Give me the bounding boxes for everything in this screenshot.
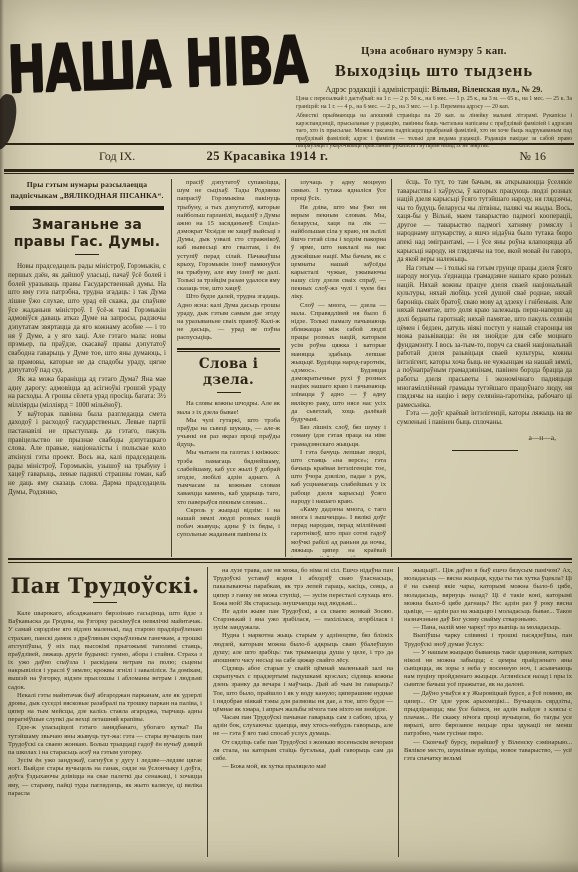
newspaper-page: НАША НІВА Цэна асобнаго нумэру 5 кап. Вы… bbox=[0, 0, 578, 872]
article-paragraph: Мы чулі гутаркі, што трэба праўды на сьв… bbox=[177, 417, 280, 450]
article-paragraph: Кале шырокаго, абсаджанаго бярэзінаю гас… bbox=[8, 610, 202, 692]
article-paragraph: На гэтым — і толькі на гэтым грунце прац… bbox=[397, 265, 572, 411]
frequency-line: Выходзіць што тыдзень bbox=[296, 61, 572, 81]
insert-notice: Пры гэтым нумары разсылаецца падпісчыкам… bbox=[8, 180, 166, 201]
article-paragraph: Не адзін жыве пан Трудоўскі, а са сваею … bbox=[213, 608, 393, 633]
issue-number: № 16 bbox=[520, 149, 546, 164]
subscription-info: Цэна с пересылкай і дастаўкай: на 1 г. —… bbox=[296, 96, 572, 111]
issue-date: 25 Красавіка 1914 г. bbox=[206, 149, 328, 164]
article-paragraph: Некалі гэты майнтачак быў абгароджан пар… bbox=[8, 692, 202, 725]
headline-divider bbox=[217, 392, 241, 393]
article-paragraph: Сідзяць абое старые у сваёй цёмнай мален… bbox=[213, 665, 393, 714]
article-paragraph: На словы кожны шчодры. Але як мала з іх … bbox=[177, 400, 280, 416]
column-1: Пры гэтым нумары разсылаецца падпісчыкам… bbox=[8, 179, 166, 557]
column-2: на лузе трава, але ня можа, бо німа ні с… bbox=[213, 567, 393, 857]
dateline-rule bbox=[4, 169, 574, 174]
article-paragraph: на лузе трава, але ня можа, бо німа ні с… bbox=[213, 567, 393, 608]
article-paragraph: — Божа мой, як хутка праляцело маё bbox=[213, 763, 393, 771]
horizontal-rule bbox=[177, 348, 280, 352]
article-paragraph: Бяз лішніх слоў, бяз шуму і гоману ідзе … bbox=[291, 424, 386, 449]
article-paragraph: — Пана, налій мне чарку! трэ выпіць за м… bbox=[404, 624, 572, 632]
column-1: Пан Трудоўскі. Кале шырокаго, абсаджанаг… bbox=[8, 567, 202, 857]
address-label: Адрэс рэдакціі і адміністраціі: bbox=[326, 85, 430, 94]
headline-divider bbox=[93, 602, 117, 603]
feuilleton-columns: Пан Трудоўскі. Кале шырокаго, абсаджанаг… bbox=[8, 567, 572, 857]
column-rule bbox=[398, 567, 399, 857]
article-paragraph: жыцьцё!.. Ціж даўно я быў ешчэ бязусым п… bbox=[404, 567, 572, 624]
headline-divider bbox=[75, 254, 99, 255]
dateline: Год IX. 25 Красавіка 1914 г. № 16 bbox=[4, 143, 574, 167]
column-rule bbox=[391, 179, 392, 557]
article-paragraph: Скрозь у жыцьці відзім: і на нашай зямлі… bbox=[177, 507, 280, 540]
article-paragraph: Часам пан Трудоўскі пачынае гаварыць сам… bbox=[213, 714, 393, 739]
article-paragraph: Гэта — доўг краёвай інтэлігенціі, каторы… bbox=[397, 410, 572, 427]
headline-slova: Слова і дзела. bbox=[177, 356, 280, 388]
column-4: ёсць. То тут, то там бачым, як аткрываюц… bbox=[397, 179, 572, 557]
column-rule bbox=[171, 179, 172, 557]
article-paragraph: Слоў — многа, — дзела — мала. Справядлів… bbox=[291, 302, 386, 425]
section-divider-rule bbox=[8, 558, 572, 563]
column-2: прасіў дэпутатоў супакоіцца, шум не сьці… bbox=[177, 179, 280, 557]
masthead-infobox: Цэна асобнаго нумэру 5 кап. Выходзіць шт… bbox=[296, 46, 572, 153]
article-paragraph: ёсць. То тут, то там бачым, як аткрываюц… bbox=[397, 179, 572, 265]
volume-label: Год IX. bbox=[99, 149, 135, 164]
column-3: злучаць у адну моцную сямью. І тутака яд… bbox=[291, 179, 386, 557]
article-paragraph: Нудна і маркотна жыць старым у адзіноцтв… bbox=[213, 632, 393, 665]
article-paragraph: прасіў дэпутатоў супакоіцца, шум не сьці… bbox=[177, 179, 280, 293]
column-3: жыцьцё!.. Ціж даўно я быў ешчэ бязусым п… bbox=[404, 567, 572, 857]
article-paragraph: Што будзе далей, трудна згадаць. Адно яс… bbox=[177, 293, 280, 342]
headline-trudouski: Пан Трудоўскі. bbox=[8, 573, 202, 598]
article-paragraph: злучаць у адну моцную сямью. І тутака яд… bbox=[291, 179, 386, 204]
horizontal-rule bbox=[10, 206, 164, 210]
masthead-title: НАША НІВА bbox=[6, 21, 300, 162]
headline-duma: Змаганьне за правы Гас. Думы. bbox=[8, 217, 166, 250]
article-paragraph: — Даўно учыўся я у Жыровіцкай бурсе, а ў… bbox=[404, 690, 572, 739]
address-value: Вільня, Віленская вул., № 29. bbox=[431, 85, 542, 94]
column-rule bbox=[285, 179, 286, 557]
article-paragraph: Выпіўшы чарку слівянкі і трошкі пасядзеў… bbox=[404, 632, 572, 648]
front-page-columns: Пры гэтым нумары разсылаецца падпісчыкам… bbox=[8, 179, 572, 557]
article-paragraph: «Каму дадзена многа, с таго многа і зышч… bbox=[291, 506, 386, 557]
article-paragraph: Як жа можа бараніцца ад гэтаго Дума? Яна… bbox=[8, 375, 166, 410]
article-end-rule bbox=[452, 450, 518, 451]
article-paragraph: Зусім ён ужо зандужаў, сагнуўся у дугу і… bbox=[8, 757, 202, 798]
article-paragraph: — Скончыў бурсу, перайшоў у Віленску сэм… bbox=[404, 739, 572, 764]
article-paragraph: Новы прадседацель рады міністроў, Горэмы… bbox=[8, 262, 166, 375]
article-paragraph: Ня дзіва, што мы ўжо ня верым пекным сло… bbox=[291, 204, 386, 302]
column-rule bbox=[207, 567, 208, 857]
article-paragraph: Гдзе-ж уласьціцелі гэтаго занядбанаго, у… bbox=[8, 724, 202, 757]
article-paragraph: Мы чытаем па газэтах і кніжках: трэба па… bbox=[177, 449, 280, 506]
article-paragraph: У ваўторак павінна была разгледацца смет… bbox=[8, 410, 166, 497]
article-paragraph: — У нашым жыцьцю бываюць такіе здарэньня… bbox=[404, 649, 572, 690]
article-signature: а—н—а, bbox=[397, 433, 572, 442]
article-paragraph: І гэта бачуць лепшые людзі, што стаяць «… bbox=[291, 449, 386, 506]
article-paragraph: От сядзіць сабе пан Трудоўскі з жонкаю в… bbox=[213, 739, 393, 764]
address-line: Адрэс рэдакціі і адміністраціі: Вільня, … bbox=[296, 85, 572, 94]
price-line: Цэна асобнаго нумэру 5 кап. bbox=[296, 46, 572, 57]
